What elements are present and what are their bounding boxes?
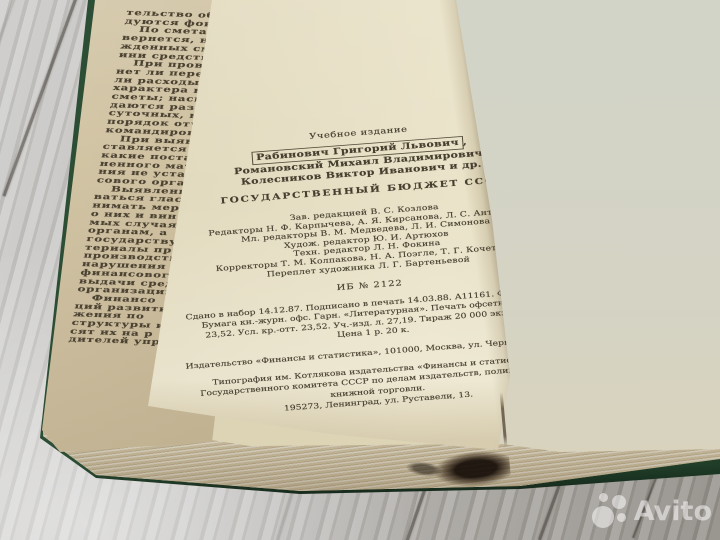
- watermark-text: Avito: [634, 496, 712, 527]
- author-suffix: ,: [462, 136, 467, 146]
- book-photo: тельство об одуются фондыПо сметамвернет…: [0, 0, 720, 540]
- avito-watermark: Avito: [591, 492, 712, 530]
- worn-spot: [433, 449, 512, 489]
- avito-logo-circle: [612, 495, 626, 509]
- avito-logo-circle: [599, 493, 608, 502]
- avito-logo-circle: [592, 506, 614, 528]
- editorial-staff: Зав. редакцией В. С. КозловаРедакторы Н.…: [199, 196, 533, 284]
- avito-logo-circle: [617, 513, 626, 522]
- avito-logo-icon: [591, 492, 629, 530]
